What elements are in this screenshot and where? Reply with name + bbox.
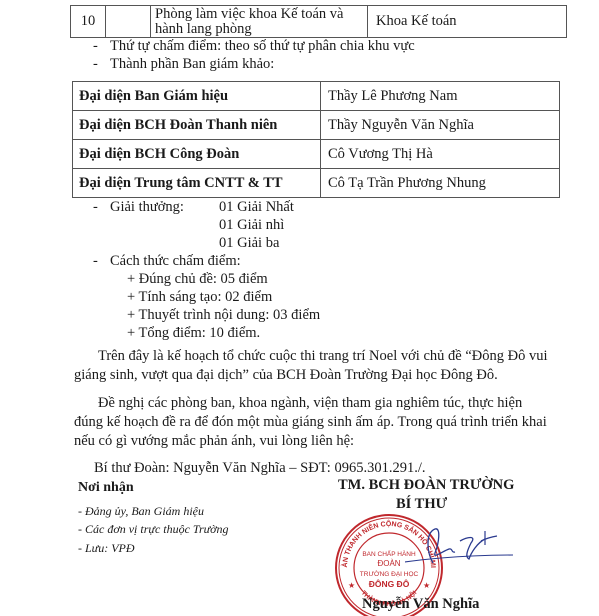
area-table: 10 Phòng làm việc khoa Kế toán và hành l…	[70, 5, 567, 38]
paragraph-2-line: Đề nghị các phòng ban, khoa ngành, viện …	[98, 395, 522, 412]
jury-person: Cô Tạ Trần Phương Nhung	[321, 169, 560, 198]
prize-item: 01 Giải nhì	[219, 217, 284, 234]
bullet-dash: -	[93, 56, 98, 73]
scoring-item: + Tính sáng tạo: 02 điểm	[127, 289, 272, 306]
jury-role: Đại diện BCH Đoàn Thanh niên	[73, 111, 321, 140]
bullet-dash: -	[93, 38, 98, 55]
table-row: 10 Phòng làm việc khoa Kế toán và hành l…	[71, 6, 567, 38]
svg-text:★: ★	[348, 581, 355, 590]
paragraph-1-line: giáng sinh, vượt qua đại dịch” của BCH Đ…	[74, 367, 498, 384]
scoring-label: Cách thức chấm điểm:	[110, 253, 241, 270]
scoring-item: + Đúng chủ đề: 05 điểm	[127, 271, 268, 288]
signature-org-line: TM. BCH ĐOÀN TRƯỜNG	[338, 477, 514, 494]
scoring-item: + Tổng điểm: 10 điểm.	[127, 325, 260, 342]
paragraph-2-line: nếu có gì vướng mắc phản ánh, vui lòng l…	[74, 433, 354, 450]
table-row: Đại diện Ban Giám hiệu Thầy Lê Phương Na…	[73, 82, 560, 111]
signature-title: BÍ THƯ	[396, 496, 447, 513]
recipients-heading: Nơi nhận	[78, 480, 134, 496]
row-unit: Khoa Kế toán	[368, 6, 567, 38]
jury-heading: Thành phần Ban giám khảo:	[110, 56, 274, 73]
jury-role: Đại diện Ban Giám hiệu	[73, 82, 321, 111]
recipient-item: - Lưu: VPĐ	[78, 541, 135, 556]
table-row: Đại diện BCH Công Đoàn Cô Vương Thị Hà	[73, 140, 560, 169]
recipient-item: - Đảng ủy, Ban Giám hiệu	[78, 504, 204, 519]
prize-item: 01 Giải Nhất	[219, 199, 294, 216]
jury-person: Cô Vương Thị Hà	[321, 140, 560, 169]
recipient-item: - Các đơn vị trực thuộc Trường	[78, 522, 229, 537]
handwritten-signature-icon	[405, 523, 525, 568]
jury-person: Thầy Nguyễn Văn Nghĩa	[321, 111, 560, 140]
row-location: Phòng làm việc khoa Kế toán và hành lang…	[151, 6, 368, 38]
table-row: Đại diện Trung tâm CNTT & TT Cô Tạ Trần …	[73, 169, 560, 198]
bullet-dash: -	[93, 253, 98, 270]
jury-table: Đại diện Ban Giám hiệu Thầy Lê Phương Na…	[72, 81, 560, 198]
jury-role: Đại diện Trung tâm CNTT & TT	[73, 169, 321, 198]
table-row: Đại diện BCH Đoàn Thanh niên Thầy Nguyễn…	[73, 111, 560, 140]
jury-role: Đại diện BCH Công Đoàn	[73, 140, 321, 169]
scoring-order-text: Thứ tự chấm điểm: theo số thứ tự phân ch…	[110, 38, 415, 55]
paragraph-1-line: Trên đây là kế hoạch tổ chức cuộc thi tr…	[98, 348, 547, 365]
jury-person: Thầy Lê Phương Nam	[321, 82, 560, 111]
signatory-name: Nguyễn Văn Nghĩa	[362, 596, 479, 613]
stamp-center-line: ĐÔNG ĐÔ	[369, 578, 410, 589]
contact-line: Bí thư Đoàn: Nguyễn Văn Nghĩa – SĐT: 096…	[94, 460, 426, 477]
stamp-center-line: ĐOÀN	[377, 559, 400, 568]
prizes-label: Giải thưởng:	[110, 199, 184, 216]
paragraph-2-line: đúng kế hoạch đề ra để đón một mùa giáng…	[74, 414, 547, 431]
svg-text:★: ★	[423, 581, 430, 590]
row-blank-cell	[106, 6, 151, 38]
prize-item: 01 Giải ba	[219, 235, 279, 252]
scoring-item: + Thuyết trình nội dung: 03 điểm	[127, 307, 320, 324]
bullet-dash: -	[93, 199, 98, 216]
stamp-center-line: TRƯỜNG ĐẠI HỌC	[360, 569, 419, 578]
row-number: 10	[71, 6, 106, 38]
